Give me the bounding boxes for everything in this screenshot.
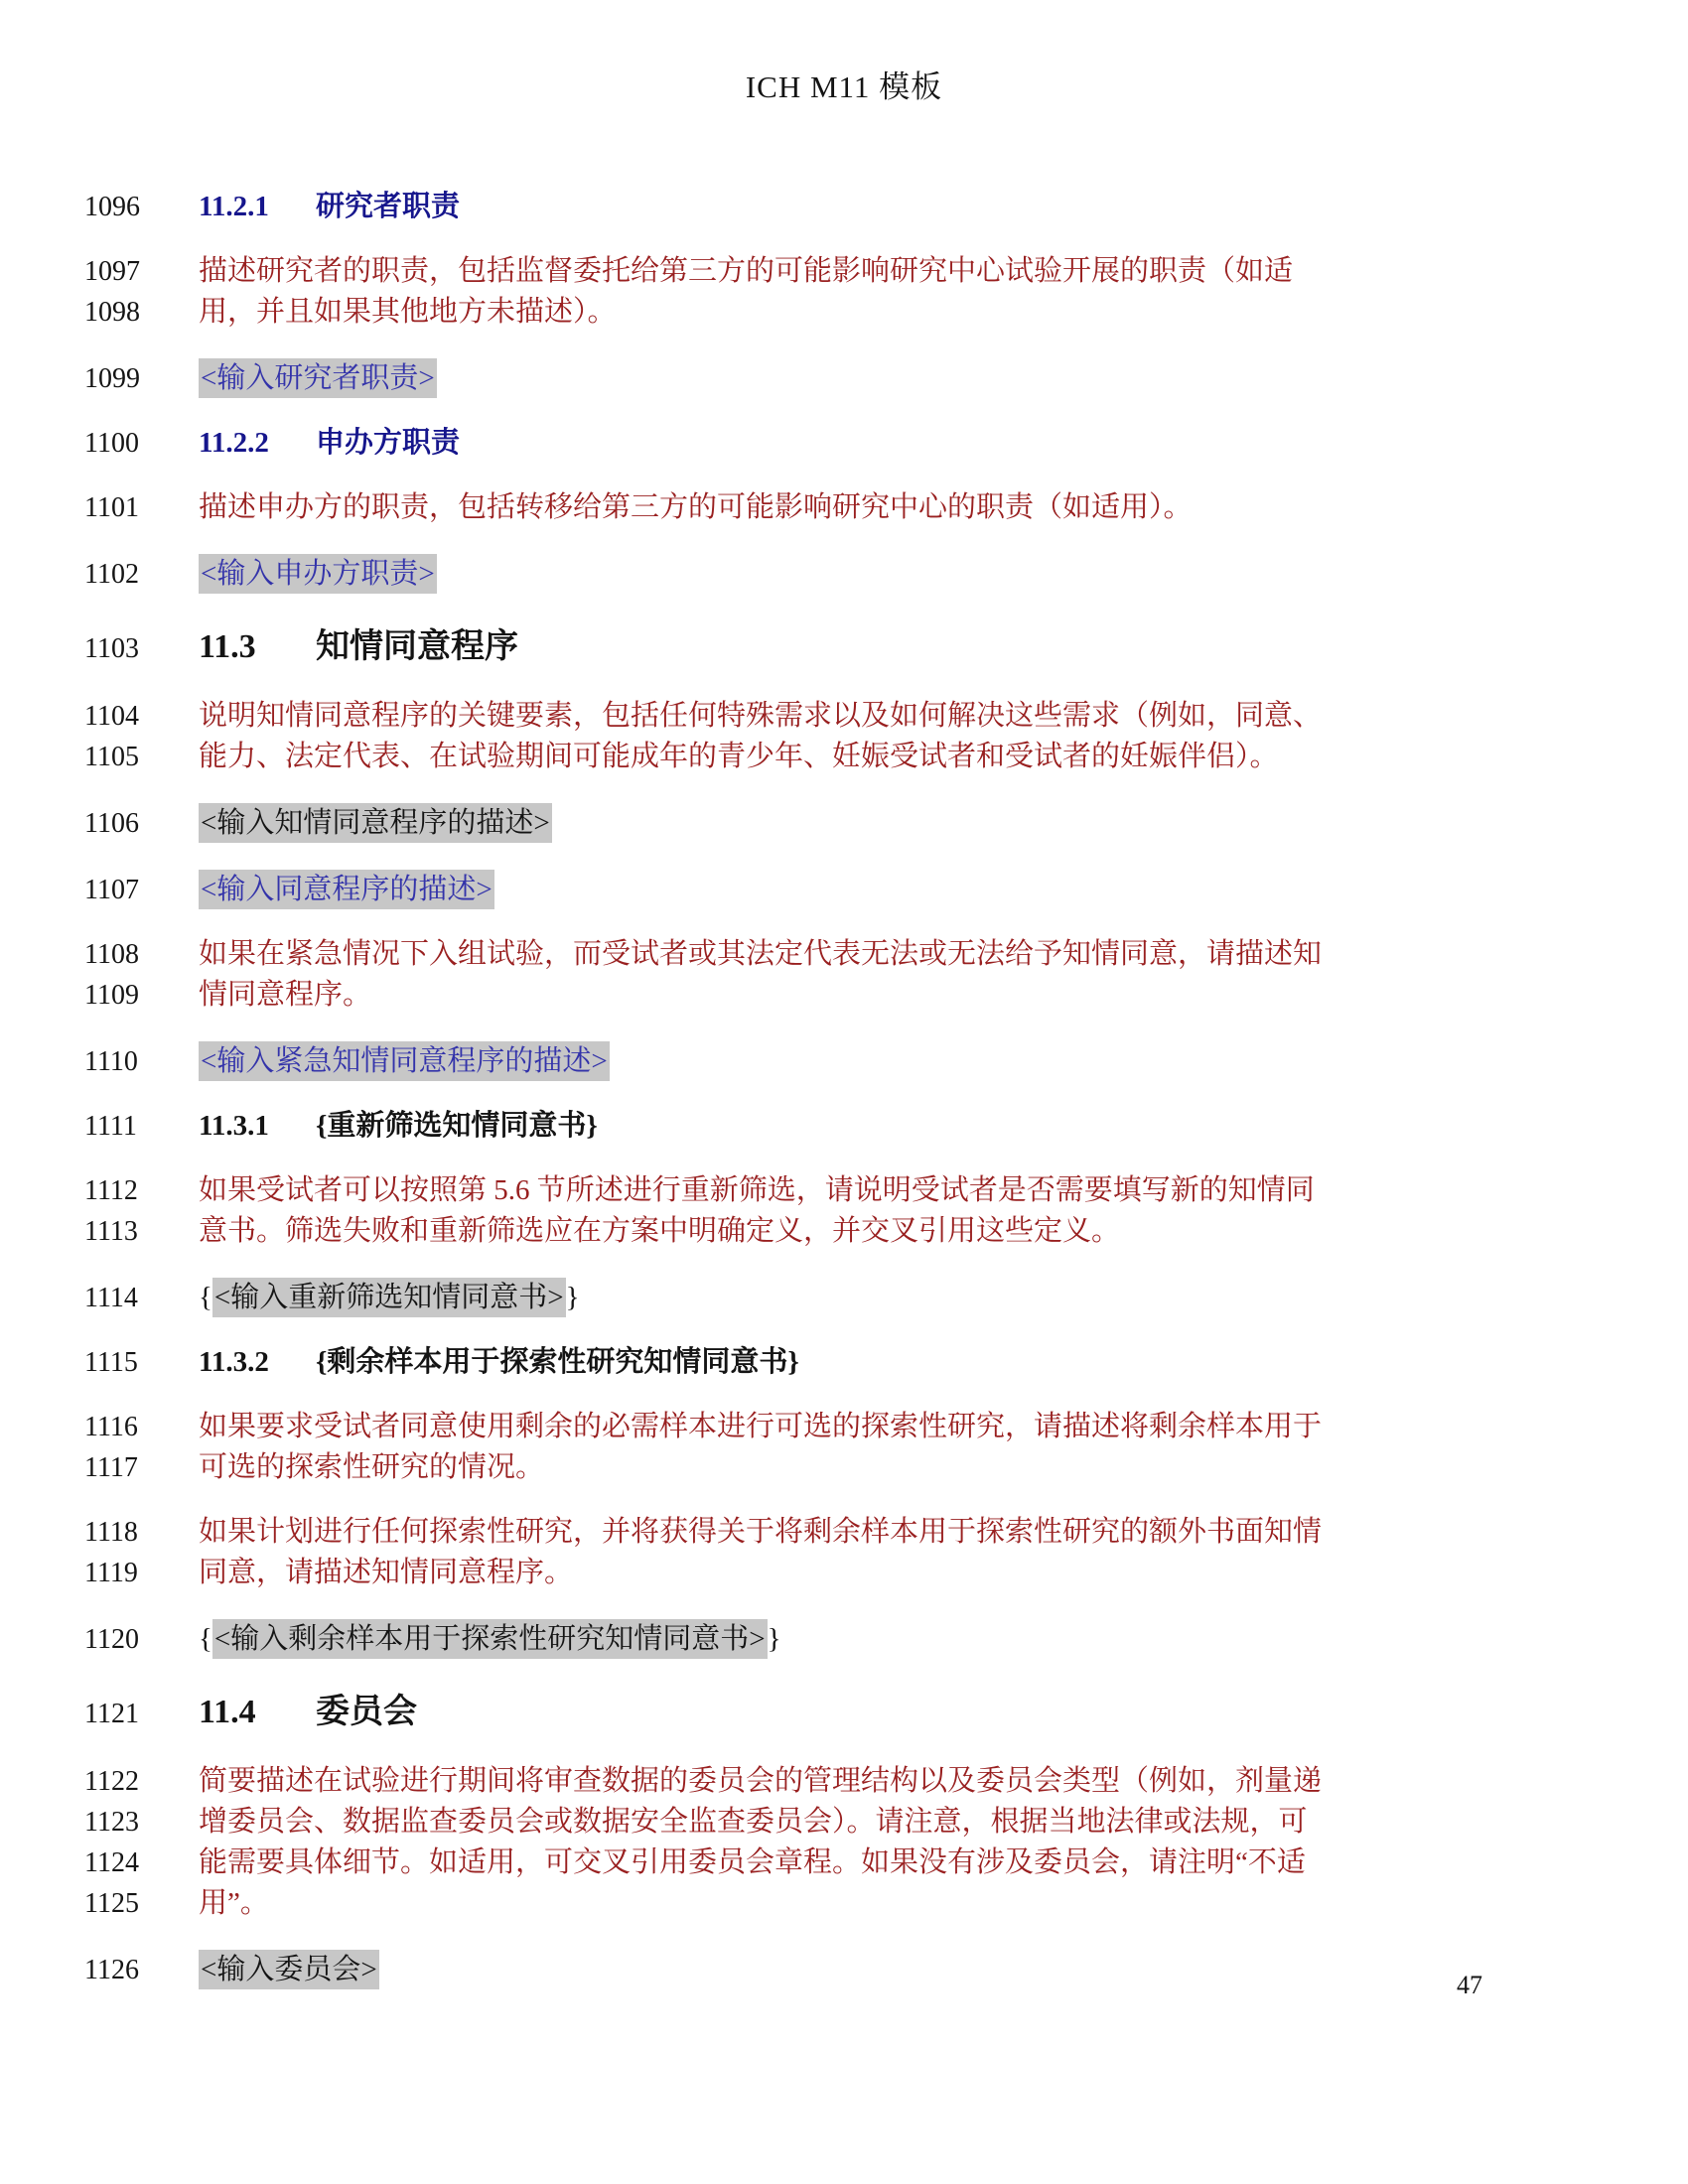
body-text: 能力、法定代表、在试验期间可能成年的青少年、妊娠受试者和受试者的妊娠伴侣）。 bbox=[199, 741, 1279, 772]
heading-11-3-2-remaining-samples-icf: 111511.3.2{剩余样本用于探索性研究知情同意书} bbox=[84, 1342, 1628, 1383]
section-title: 申办方职责 bbox=[316, 427, 460, 459]
line-text: <输入同意程序的描述> bbox=[199, 870, 494, 909]
line-number: 1112 bbox=[84, 1171, 199, 1211]
line-number: 1108 bbox=[84, 935, 199, 975]
body-text: 用，并且如果其他地方未描述）。 bbox=[199, 296, 617, 328]
paragraph-line: 1112如果受试者可以按照第 5.6 节所述进行重新筛选，请说明受试者是否需要填… bbox=[84, 1170, 1628, 1211]
line-text: 情同意程序。 bbox=[199, 975, 371, 1015]
curly-brace: { bbox=[199, 1623, 212, 1655]
body-text: 描述申办方的职责，包括转移给第三方的可能影响研究中心的职责（如适用）。 bbox=[199, 491, 1193, 523]
placeholder-enter-informed-consent-process-description: 1106<输入知情同意程序的描述> bbox=[84, 803, 1628, 844]
line-text: 能力、法定代表、在试验期间可能成年的青少年、妊娠受试者和受试者的妊娠伴侣）。 bbox=[199, 737, 1279, 776]
paragraph-line: 1101描述申办方的职责，包括转移给第三方的可能影响研究中心的职责（如适用）。 bbox=[84, 487, 1628, 528]
paragraph-line: 1117可选的探索性研究的情况。 bbox=[84, 1447, 1628, 1488]
paragraph-line: 1104说明知情同意程序的关键要素，包括任何特殊需求以及如何解决这些需求（例如，… bbox=[84, 696, 1628, 737]
section-number: 11.3 bbox=[199, 622, 316, 672]
document-page: ICH M11 模板 109611.2.1研究者职责1097描述研究者的职责，包… bbox=[0, 0, 1688, 2184]
line-text: 11.2.1研究者职责 bbox=[199, 187, 460, 226]
line-text: 用，并且如果其他地方未描述）。 bbox=[199, 292, 617, 332]
paragraph-line: 1116如果要求受试者同意使用剩余的必需样本进行可选的探索性研究，请描述将剩余样… bbox=[84, 1407, 1628, 1447]
line-text: 11.3.1{重新筛选知情同意书} bbox=[199, 1106, 598, 1146]
body-text: 描述研究者的职责，包括监督委托给第三方的可能影响研究中心试验开展的职责（如适 bbox=[199, 255, 1293, 287]
line-number: 1109 bbox=[84, 976, 199, 1016]
line-number: 1117 bbox=[84, 1448, 199, 1488]
placeholder-field[interactable]: <输入知情同意程序的描述> bbox=[199, 803, 552, 843]
paragraph-line: 1118如果计划进行任何探索性研究，并将获得关于将剩余样本用于探索性研究的额外书… bbox=[84, 1512, 1628, 1553]
line-number: 1116 bbox=[84, 1408, 199, 1447]
paragraph-line: 1105能力、法定代表、在试验期间可能成年的青少年、妊娠受试者和受试者的妊娠伴侣… bbox=[84, 737, 1628, 777]
section-number: 11.2.1 bbox=[199, 187, 316, 226]
line-number: 1097 bbox=[84, 252, 199, 292]
paragraph-line: 1097描述研究者的职责，包括监督委托给第三方的可能影响研究中心试验开展的职责（… bbox=[84, 251, 1628, 292]
curly-brace: } bbox=[768, 1623, 781, 1655]
line-text: 能需要具体细节。如适用，可交叉引用委员会章程。如果没有涉及委员会，请注明“不适 bbox=[199, 1843, 1306, 1882]
placeholder-field[interactable]: <输入重新筛选知情同意书> bbox=[212, 1278, 566, 1317]
body-text: 增委员会、数据监查委员会或数据安全监查委员会）。请注意，根据当地法律或法规，可 bbox=[199, 1806, 1308, 1838]
line-text: 11.3知情同意程序 bbox=[199, 622, 518, 672]
line-text: 意书。筛选失败和重新筛选应在方案中明确定义，并交叉引用这些定义。 bbox=[199, 1211, 1120, 1251]
body-text: 如果要求受试者同意使用剩余的必需样本进行可选的探索性研究，请描述将剩余样本用于 bbox=[199, 1411, 1322, 1442]
line-number: 1120 bbox=[84, 1620, 199, 1660]
body-text: 如果受试者可以按照第 5.6 节所述进行重新筛选，请说明受试者是否需要填写新的知… bbox=[199, 1174, 1315, 1206]
paragraph-line: 1113意书。筛选失败和重新筛选应在方案中明确定义，并交叉引用这些定义。 bbox=[84, 1211, 1628, 1252]
section-number: 11.2.2 bbox=[199, 423, 316, 463]
placeholder-field[interactable]: <输入剩余样本用于探索性研究知情同意书> bbox=[212, 1619, 768, 1659]
line-text: 说明知情同意程序的关键要素，包括任何特殊需求以及如何解决这些需求（例如，同意、 bbox=[199, 696, 1322, 736]
line-text: 描述申办方的职责，包括转移给第三方的可能影响研究中心的职责（如适用）。 bbox=[199, 487, 1193, 527]
section-title: {重新筛选知情同意书} bbox=[316, 1110, 598, 1142]
body-text: 同意，请描述知情同意程序。 bbox=[199, 1557, 573, 1588]
curly-brace: } bbox=[566, 1282, 580, 1313]
body-text: 简要描述在试验进行期间将审查数据的委员会的管理结构以及委员会类型（例如，剂量递 bbox=[199, 1765, 1322, 1797]
line-text: 如果计划进行任何探索性研究，并将获得关于将剩余样本用于探索性研究的额外书面知情 bbox=[199, 1512, 1322, 1552]
line-number: 1110 bbox=[84, 1042, 199, 1082]
paragraph-line: 1123增委员会、数据监查委员会或数据安全监查委员会）。请注意，根据当地法律或法… bbox=[84, 1802, 1628, 1843]
line-number: 1114 bbox=[84, 1279, 199, 1318]
line-number: 1096 bbox=[84, 188, 199, 227]
line-text: 如果受试者可以按照第 5.6 节所述进行重新筛选，请说明受试者是否需要填写新的知… bbox=[199, 1170, 1315, 1210]
page-number: 47 bbox=[1435, 1971, 1504, 2000]
heading-11-2-1-investigator-responsibilities: 109611.2.1研究者职责 bbox=[84, 187, 1628, 227]
section-title: 委员会 bbox=[316, 1694, 417, 1730]
line-text: <输入申办方职责> bbox=[199, 554, 437, 594]
line-text: 简要描述在试验进行期间将审查数据的委员会的管理结构以及委员会类型（例如，剂量递 bbox=[199, 1761, 1322, 1801]
line-number: 1126 bbox=[84, 1951, 199, 1990]
line-text: 增委员会、数据监查委员会或数据安全监查委员会）。请注意，根据当地法律或法规，可 bbox=[199, 1802, 1308, 1842]
line-number: 1122 bbox=[84, 1762, 199, 1802]
line-number: 1115 bbox=[84, 1343, 199, 1383]
paragraph-line: 1098用，并且如果其他地方未描述）。 bbox=[84, 292, 1628, 333]
body-text: 说明知情同意程序的关键要素，包括任何特殊需求以及如何解决这些需求（例如，同意、 bbox=[199, 700, 1322, 732]
line-number: 1111 bbox=[84, 1107, 199, 1147]
section-number: 11.3.2 bbox=[199, 1342, 316, 1382]
section-title: {剩余样本用于探索性研究知情同意书} bbox=[316, 1346, 799, 1378]
paragraph-line: 1119同意，请描述知情同意程序。 bbox=[84, 1553, 1628, 1593]
body-text: 用”。 bbox=[199, 1887, 269, 1919]
paragraph-line: 1124能需要具体细节。如适用，可交叉引用委员会章程。如果没有涉及委员会，请注明… bbox=[84, 1843, 1628, 1883]
heading-11-2-2-sponsor-responsibilities: 110011.2.2申办方职责 bbox=[84, 423, 1628, 464]
line-number: 1124 bbox=[84, 1843, 199, 1883]
heading-11-3-1-rescreening-icf: 111111.3.1{重新筛选知情同意书} bbox=[84, 1106, 1628, 1147]
heading-11-3-informed-consent-process: 110311.3知情同意程序 bbox=[84, 622, 1628, 672]
placeholder-enter-consent-process-description: 1107<输入同意程序的描述> bbox=[84, 870, 1628, 910]
line-number: 1113 bbox=[84, 1212, 199, 1252]
placeholder-field[interactable]: <输入紧急知情同意程序的描述> bbox=[199, 1041, 610, 1081]
body-text: 意书。筛选失败和重新筛选应在方案中明确定义，并交叉引用这些定义。 bbox=[199, 1215, 1120, 1247]
line-text: 可选的探索性研究的情况。 bbox=[199, 1447, 544, 1487]
section-number: 11.4 bbox=[199, 1688, 316, 1737]
document-body: 109611.2.1研究者职责1097描述研究者的职责，包括监督委托给第三方的可… bbox=[84, 187, 1628, 1990]
line-text: <输入知情同意程序的描述> bbox=[199, 803, 552, 843]
paragraph-line: 1108如果在紧急情况下入组试验，而受试者或其法定代表无法或无法给予知情同意，请… bbox=[84, 934, 1628, 975]
line-text: 11.3.2{剩余样本用于探索性研究知情同意书} bbox=[199, 1342, 799, 1382]
placeholder-enter-committees: 1126<输入委员会> bbox=[84, 1950, 1628, 1990]
line-number: 1102 bbox=[84, 555, 199, 595]
line-text: 同意，请描述知情同意程序。 bbox=[199, 1553, 573, 1592]
line-number: 1098 bbox=[84, 293, 199, 333]
paragraph-line: 1109情同意程序。 bbox=[84, 975, 1628, 1016]
paragraph-line: 1122简要描述在试验进行期间将审查数据的委员会的管理结构以及委员会类型（例如，… bbox=[84, 1761, 1628, 1802]
line-number: 1105 bbox=[84, 738, 199, 777]
line-text: 11.4委员会 bbox=[199, 1688, 417, 1737]
section-title: 知情同意程序 bbox=[316, 628, 518, 665]
section-title: 研究者职责 bbox=[316, 191, 460, 222]
placeholder-enter-emergency-consent-description: 1110<输入紧急知情同意程序的描述> bbox=[84, 1041, 1628, 1082]
line-text: <输入研究者职责> bbox=[199, 358, 437, 398]
body-text: 如果在紧急情况下入组试验，而受试者或其法定代表无法或无法给予知情同意，请描述知 bbox=[199, 938, 1322, 970]
heading-11-4-committees: 112111.4委员会 bbox=[84, 1688, 1628, 1737]
line-text: 如果要求受试者同意使用剩余的必需样本进行可选的探索性研究，请描述将剩余样本用于 bbox=[199, 1407, 1322, 1446]
line-number: 1103 bbox=[84, 629, 199, 669]
placeholder-field[interactable]: <输入研究者职责> bbox=[199, 358, 437, 398]
document-header-title: ICH M11 模板 bbox=[0, 62, 1688, 106]
placeholder-enter-sponsor-responsibilities: 1102<输入申办方职责> bbox=[84, 554, 1628, 595]
line-text: 用”。 bbox=[199, 1883, 269, 1923]
paragraph-line: 1125用”。 bbox=[84, 1883, 1628, 1924]
body-text: 能需要具体细节。如适用，可交叉引用委员会章程。如果没有涉及委员会，请注明“不适 bbox=[199, 1846, 1306, 1878]
placeholder-enter-investigator-responsibilities: 1099<输入研究者职责> bbox=[84, 358, 1628, 399]
line-number: 1118 bbox=[84, 1513, 199, 1553]
line-text: 描述研究者的职责，包括监督委托给第三方的可能影响研究中心试验开展的职责（如适 bbox=[199, 251, 1293, 291]
line-number: 1100 bbox=[84, 424, 199, 464]
section-number: 11.3.1 bbox=[199, 1106, 316, 1146]
placeholder-enter-rescreening-icf: 1114{<输入重新筛选知情同意书>} bbox=[84, 1278, 1628, 1318]
line-text: <输入委员会> bbox=[199, 1950, 379, 1989]
line-text: {<输入重新筛选知情同意书>} bbox=[199, 1278, 580, 1317]
line-number: 1104 bbox=[84, 697, 199, 737]
line-number: 1099 bbox=[84, 359, 199, 399]
placeholder-field[interactable]: <输入委员会> bbox=[199, 1950, 379, 1989]
line-number: 1107 bbox=[84, 871, 199, 910]
line-number: 1121 bbox=[84, 1695, 199, 1734]
line-text: 如果在紧急情况下入组试验，而受试者或其法定代表无法或无法给予知情同意，请描述知 bbox=[199, 934, 1322, 974]
curly-brace: { bbox=[199, 1282, 212, 1313]
line-number: 1106 bbox=[84, 804, 199, 844]
line-number: 1119 bbox=[84, 1554, 199, 1593]
line-text: <输入紧急知情同意程序的描述> bbox=[199, 1041, 610, 1081]
placeholder-field[interactable]: <输入申办方职责> bbox=[199, 554, 437, 594]
body-text: 情同意程序。 bbox=[199, 979, 371, 1011]
placeholder-enter-remaining-samples-icf: 1120{<输入剩余样本用于探索性研究知情同意书>} bbox=[84, 1619, 1628, 1660]
line-text: {<输入剩余样本用于探索性研究知情同意书>} bbox=[199, 1619, 781, 1659]
placeholder-field[interactable]: <输入同意程序的描述> bbox=[199, 870, 494, 909]
line-number: 1125 bbox=[84, 1884, 199, 1924]
line-number: 1101 bbox=[84, 488, 199, 528]
line-number: 1123 bbox=[84, 1803, 199, 1843]
body-text: 可选的探索性研究的情况。 bbox=[199, 1451, 544, 1483]
body-text: 如果计划进行任何探索性研究，并将获得关于将剩余样本用于探索性研究的额外书面知情 bbox=[199, 1516, 1322, 1548]
line-text: 11.2.2申办方职责 bbox=[199, 423, 460, 463]
